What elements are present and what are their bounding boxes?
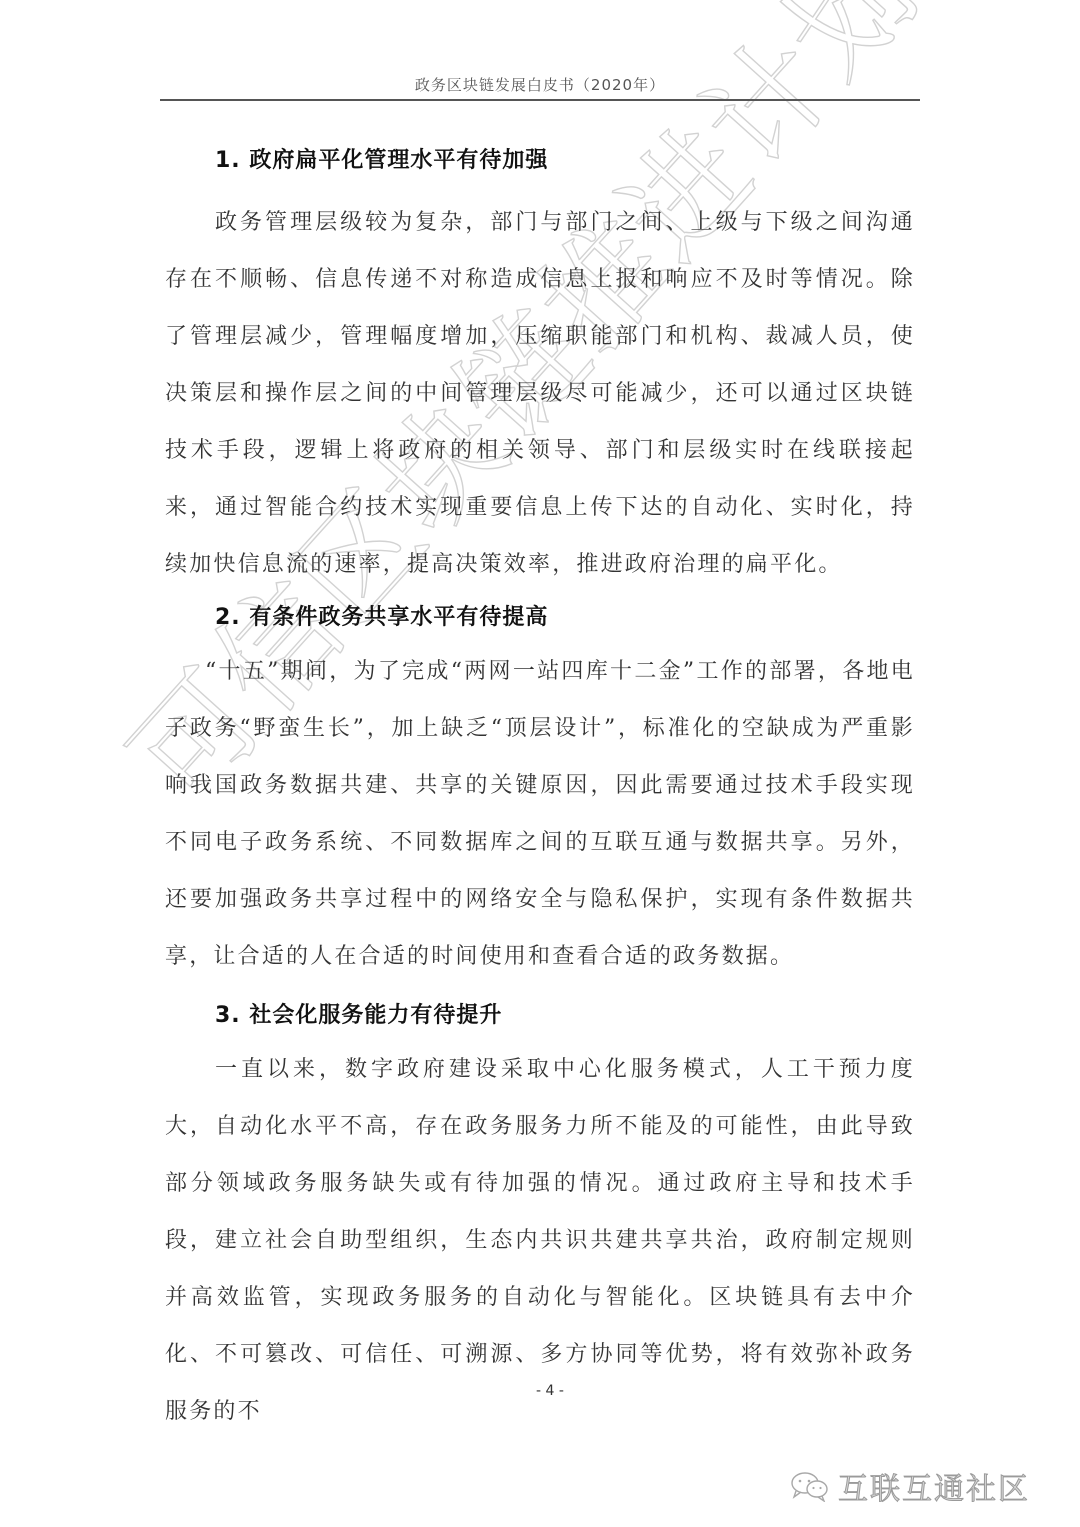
page-header-title: 政务区块链发展白皮书（2020年） [160, 74, 920, 95]
section-3-paragraph: 一直以来，数字政府建设采取中心化服务模式，人工干预力度大，自动化水平不高，存在政… [165, 1041, 915, 1440]
section-1-paragraph: 政务管理层级较为复杂，部门与部门之间、上级与下级之间沟通存在不顺畅、信息传递不对… [165, 194, 915, 593]
section-heading-2: 2. 有条件政务共享水平有待提高 [165, 593, 915, 643]
brand-watermark: 互联互通社区 [790, 1464, 1030, 1508]
section-heading-3: 3. 社会化服务能力有待提升 [165, 991, 915, 1041]
wechat-icon [790, 1470, 830, 1502]
section-heading-1: 1. 政府扁平化管理水平有待加强 [165, 136, 915, 186]
header-divider [160, 99, 920, 101]
brand-name: 互联互通社区 [838, 1464, 1030, 1508]
section-2-paragraph: “十五”期间，为了完成“两网一站四库十二金”工作的部署，各地电子政务“野蛮生长”… [165, 643, 915, 985]
document-body: 1. 政府扁平化管理水平有待加强 政务管理层级较为复杂，部门与部门之间、上级与下… [165, 136, 915, 1440]
